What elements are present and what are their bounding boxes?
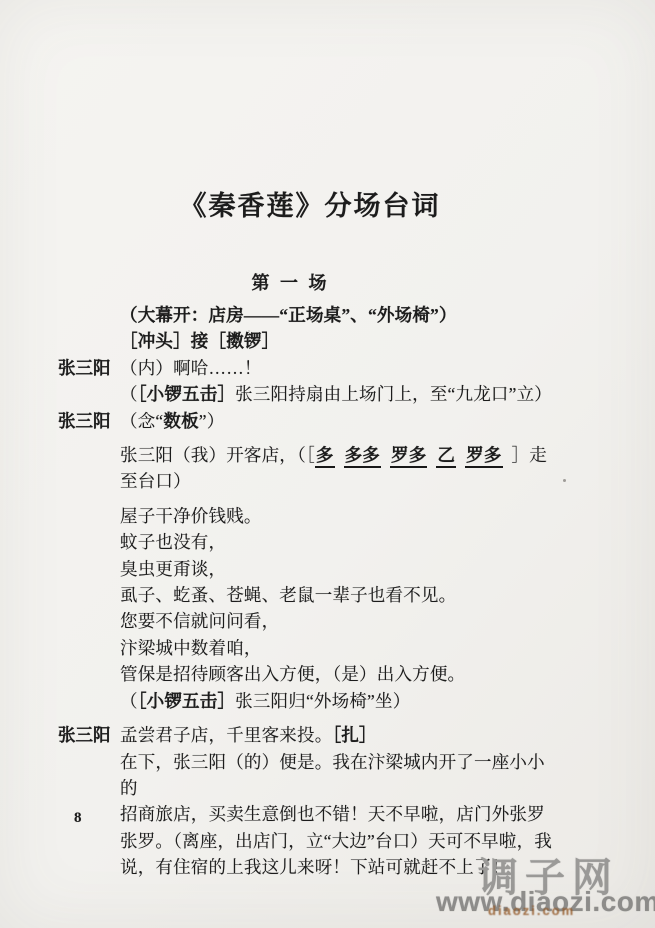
text-segment: ［扎］	[332, 725, 376, 745]
script-line: 张三阳（念“数板”）	[58, 408, 558, 434]
script-line: 张三阳孟尝君子店，千里客来投。［扎］	[58, 722, 558, 748]
speaker-label: 张三阳	[58, 355, 120, 381]
script-line: 汴梁城中数着咱，	[58, 635, 558, 661]
text-segment: ”）	[199, 411, 225, 431]
script-line: 张三阳（我）开客店，（［多多多罗多乙罗多］走至台口）	[58, 442, 558, 495]
percussion-syllable: 罗多	[390, 445, 427, 468]
script-line: 张三阳（内）啊哈……！	[58, 355, 558, 381]
speaker-label: 张三阳	[58, 408, 120, 434]
line-text: 汴梁城中数着咱，	[120, 635, 558, 661]
script-lines: （大幕开：店房——“正场桌”、“外场椅”）［冲头］接［擞锣］张三阳（内）啊哈………	[58, 302, 558, 881]
text-segment: 您要不信就问问看，	[120, 611, 279, 631]
script-line: （［小锣五击］张三阳归“外场椅”坐）	[58, 688, 558, 714]
text-segment: ［小锣五击］	[138, 691, 235, 711]
text-segment: 屋子干净价钱贱。	[120, 506, 262, 526]
percussion-syllable: 多	[315, 445, 335, 468]
speaker-label: 张三阳	[58, 722, 120, 748]
script-line: 在下，张三阳（的）便是。我在汴梁城内开了一座小小的	[58, 749, 558, 802]
text-segment: 孟尝君子店，千里客来投。	[120, 725, 332, 745]
script-line: 屋子干净价钱贱。	[58, 503, 558, 529]
page-number: 8	[74, 810, 82, 827]
text-segment: ［冲头］接［擞锣］	[120, 331, 279, 351]
script-line: 蚊子也没有，	[58, 529, 558, 555]
script-line: 臭虫更甭谈，	[58, 556, 558, 582]
text-segment: 张三阳（我）开客店，（［	[120, 445, 315, 465]
line-text: （［小锣五击］张三阳持扇由上场门上，至“九龙口”立）	[120, 381, 558, 407]
line-text: 屋子干净价钱贱。	[120, 503, 558, 529]
line-text: （大幕开：店房——“正场桌”、“外场椅”）	[120, 302, 558, 328]
line-text: 您要不信就问问看，	[120, 608, 558, 634]
text-segment: （大幕开：店房——“正场桌”、“外场椅”）	[120, 305, 457, 325]
line-text: （内）啊哈……！	[120, 355, 558, 381]
text-segment: 蚊子也没有，	[120, 532, 226, 552]
text-segment: ［小锣五击］	[138, 384, 235, 404]
text-segment: 汴梁城中数着咱，	[120, 638, 262, 658]
line-text: 张三阳（我）开客店，（［多多多罗多乙罗多］走至台口）	[120, 442, 558, 495]
text-segment: 臭虫更甭谈，	[120, 559, 226, 579]
script-line: 您要不信就问问看，	[58, 608, 558, 634]
text-segment: 张三阳持扇由上场门上，至“九龙口”立）	[235, 384, 552, 404]
line-text: 虱子、虼蚤、苍蝇、老鼠一辈子也看不见。	[120, 582, 558, 608]
scene-heading: 第 一 场	[0, 269, 578, 295]
text-segment: （内）啊哈……！	[120, 358, 262, 378]
text-segment: 说，有住宿的上我这儿来呀！下站可就赶不上了！	[120, 857, 509, 877]
watermark-overlay-text: diaozi.com	[488, 903, 575, 918]
text-segment: 数板	[163, 411, 198, 431]
text-segment: （	[120, 384, 138, 404]
line-text: 管保是招待顾客出入方便，（是）出入方便。	[120, 661, 558, 687]
line-text: 招商旅店，买卖生意倒也不错！天不早啦，店门外张罗	[120, 801, 558, 827]
scanned-script-page: 《秦香莲》分场台词 第 一 场 （大幕开：店房——“正场桌”、“外场椅”）［冲头…	[0, 0, 655, 928]
page-title: 《秦香莲》分场台词	[0, 184, 620, 223]
line-text: 臭虫更甭谈，	[120, 556, 558, 582]
line-text: （念“数板”）	[120, 408, 558, 434]
line-text: （［小锣五击］张三阳归“外场椅”坐）	[120, 688, 558, 714]
script-line: 管保是招待顾客出入方便，（是）出入方便。	[58, 661, 558, 687]
script-line: 招商旅店，买卖生意倒也不错！天不早啦，店门外张罗	[58, 801, 558, 827]
line-text: 蚊子也没有，	[120, 529, 558, 555]
percussion-syllable: 罗多	[465, 445, 502, 468]
text-segment: 在下，张三阳（的）便是。我在汴梁城内开了一座小小的	[120, 752, 545, 798]
script-line: 虱子、虼蚤、苍蝇、老鼠一辈子也看不见。	[58, 582, 558, 608]
text-segment: 招商旅店，买卖生意倒也不错！天不早啦，店门外张罗	[120, 804, 545, 824]
text-segment: （	[120, 691, 138, 711]
text-segment: （念“	[120, 411, 163, 431]
script-line: （大幕开：店房——“正场桌”、“外场椅”）	[58, 302, 558, 328]
scan-speck	[563, 479, 566, 482]
text-segment: 管保是招待顾客出入方便，（是）出入方便。	[120, 664, 465, 684]
scan-speck	[248, 330, 250, 332]
percussion-syllable: 乙	[436, 445, 456, 468]
script-line: （［小锣五击］张三阳持扇由上场门上，至“九龙口”立）	[58, 381, 558, 407]
line-text: ［冲头］接［擞锣］	[120, 328, 558, 354]
line-text: 在下，张三阳（的）便是。我在汴梁城内开了一座小小的	[120, 749, 558, 802]
text-segment: 虱子、虼蚤、苍蝇、老鼠一辈子也看不见。	[120, 585, 456, 605]
line-text: 孟尝君子店，千里客来投。［扎］	[120, 722, 558, 748]
text-segment: 张三阳归“外场椅”坐）	[235, 691, 410, 711]
script-line: ［冲头］接［擞锣］	[58, 328, 558, 354]
percussion-syllable: 多多	[344, 445, 381, 468]
